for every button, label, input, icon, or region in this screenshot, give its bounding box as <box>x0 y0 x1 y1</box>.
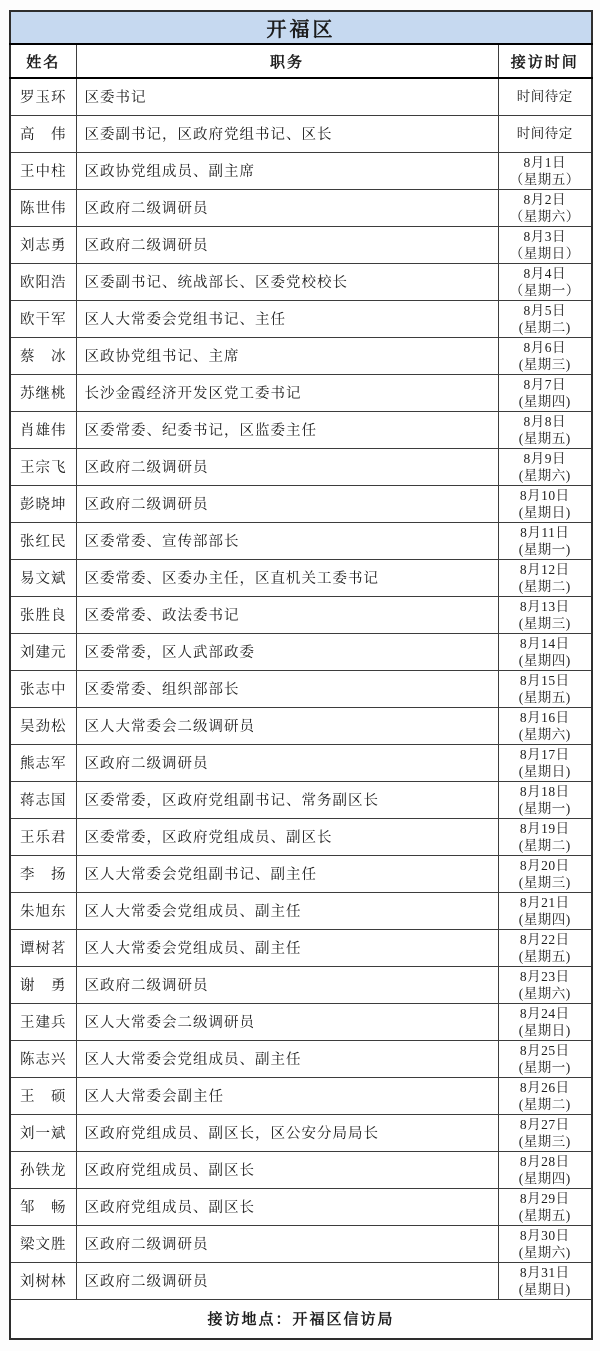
table-row: 李 扬区人大常委会党组副书记、副主任8月20日 (星期三) <box>10 855 592 892</box>
person-name: 肖雄伟 <box>10 411 76 448</box>
table-row: 王中柱区政协党组成员、副主席8月1日 （星期五） <box>10 152 592 189</box>
person-position: 区委常委，区政府党组成员、副区长 <box>76 818 498 855</box>
person-name: 梁文胜 <box>10 1225 76 1262</box>
reception-time: 8月27日 (星期三) <box>498 1114 592 1151</box>
person-position: 区委常委、政法委书记 <box>76 596 498 633</box>
table-row: 彭晓坤区政府二级调研员8月10日 (星期日) <box>10 485 592 522</box>
reception-time: 8月30日 (星期六) <box>498 1225 592 1262</box>
person-name: 朱旭东 <box>10 892 76 929</box>
reception-time: 8月6日 (星期三) <box>498 337 592 374</box>
column-header-position: 职务 <box>76 44 498 78</box>
person-position: 区政府二级调研员 <box>76 189 498 226</box>
person-position: 区政府党组成员、副区长 <box>76 1151 498 1188</box>
person-position: 区委副书记，区政府党组书记、区长 <box>76 115 498 152</box>
person-position: 区委书记 <box>76 78 498 115</box>
reception-time: 8月24日 (星期日) <box>498 1003 592 1040</box>
person-name: 张红民 <box>10 522 76 559</box>
person-name: 王中柱 <box>10 152 76 189</box>
person-position: 区政府二级调研员 <box>76 744 498 781</box>
table-row: 蔡 冰区政协党组书记、主席8月6日 (星期三) <box>10 337 592 374</box>
person-position: 区政府二级调研员 <box>76 966 498 1003</box>
duty-roster-table: 开福区 姓名 职务 接访时间 罗玉环区委书记时间待定高 伟区委副书记，区政府党组… <box>9 10 593 1340</box>
table-row: 朱旭东区人大常委会党组成员、副主任8月21日 (星期四) <box>10 892 592 929</box>
person-name: 王乐君 <box>10 818 76 855</box>
reception-time: 8月1日 （星期五） <box>498 152 592 189</box>
table-row: 吴劲松区人大常委会二级调研员8月16日 (星期六) <box>10 707 592 744</box>
person-name: 王建兵 <box>10 1003 76 1040</box>
district-title: 开福区 <box>10 11 592 44</box>
table-row: 苏继桃长沙金霞经济开发区党工委书记8月7日 (星期四) <box>10 374 592 411</box>
person-name: 刘树林 <box>10 1262 76 1299</box>
table-row: 刘志勇区政府二级调研员8月3日 （星期日） <box>10 226 592 263</box>
person-name: 陈志兴 <box>10 1040 76 1077</box>
reception-time: 8月3日 （星期日） <box>498 226 592 263</box>
person-position: 区政府二级调研员 <box>76 1262 498 1299</box>
person-name: 吴劲松 <box>10 707 76 744</box>
reception-time: 8月13日 (星期三) <box>498 596 592 633</box>
reception-time: 8月19日 (星期二) <box>498 818 592 855</box>
footer-row: 接访地点：开福区信访局 <box>10 1299 592 1339</box>
table-row: 高 伟区委副书记，区政府党组书记、区长时间待定 <box>10 115 592 152</box>
person-position: 区政协党组书记、主席 <box>76 337 498 374</box>
table-row: 谢 勇区政府二级调研员8月23日 (星期六) <box>10 966 592 1003</box>
table-row: 刘建元区委常委，区人武部政委8月14日 (星期四) <box>10 633 592 670</box>
reception-time: 8月26日 (星期二) <box>498 1077 592 1114</box>
table-row: 张胜良区委常委、政法委书记8月13日 (星期三) <box>10 596 592 633</box>
table-row: 肖雄伟区委常委、纪委书记，区监委主任8月8日 (星期五) <box>10 411 592 448</box>
person-position: 区人大常委会党组成员、副主任 <box>76 1040 498 1077</box>
reception-time: 8月11日 (星期一) <box>498 522 592 559</box>
table-row: 王宗飞区政府二级调研员8月9日 (星期六) <box>10 448 592 485</box>
table-row: 欧干军区人大常委会党组书记、主任8月5日 (星期二) <box>10 300 592 337</box>
reception-time: 8月16日 (星期六) <box>498 707 592 744</box>
person-position: 区政府党组成员、副区长 <box>76 1188 498 1225</box>
reception-time: 8月15日 (星期五) <box>498 670 592 707</box>
person-position: 区政府二级调研员 <box>76 485 498 522</box>
reception-time: 8月18日 (星期一) <box>498 781 592 818</box>
person-name: 邹 畅 <box>10 1188 76 1225</box>
person-position: 区政协党组成员、副主席 <box>76 152 498 189</box>
person-name: 张胜良 <box>10 596 76 633</box>
person-name: 苏继桃 <box>10 374 76 411</box>
person-name: 陈世伟 <box>10 189 76 226</box>
person-position: 区人大常委会党组书记、主任 <box>76 300 498 337</box>
person-name: 高 伟 <box>10 115 76 152</box>
table-row: 欧阳浩区委副书记、统战部长、区委党校校长8月4日 （星期一） <box>10 263 592 300</box>
person-position: 区委常委、宣传部部长 <box>76 522 498 559</box>
person-name: 蒋志国 <box>10 781 76 818</box>
reception-time: 时间待定 <box>498 78 592 115</box>
person-position: 区委常委，区人武部政委 <box>76 633 498 670</box>
reception-time: 8月14日 (星期四) <box>498 633 592 670</box>
person-position: 区委常委，区政府党组副书记、常务副区长 <box>76 781 498 818</box>
reception-time: 8月29日 (星期五) <box>498 1188 592 1225</box>
reception-time: 8月10日 (星期日) <box>498 485 592 522</box>
reception-time: 8月17日 (星期日) <box>498 744 592 781</box>
reception-time: 8月20日 (星期三) <box>498 855 592 892</box>
person-position: 区人大常委会党组成员、副主任 <box>76 929 498 966</box>
column-header-name: 姓名 <box>10 44 76 78</box>
roster-rows: 罗玉环区委书记时间待定高 伟区委副书记，区政府党组书记、区长时间待定王中柱区政协… <box>10 78 592 1299</box>
person-position: 区委常委、组织部部长 <box>76 670 498 707</box>
table-row: 刘树林区政府二级调研员8月31日 (星期日) <box>10 1262 592 1299</box>
person-name: 孙铁龙 <box>10 1151 76 1188</box>
person-position: 区政府二级调研员 <box>76 1225 498 1262</box>
table-row: 罗玉环区委书记时间待定 <box>10 78 592 115</box>
person-name: 欧阳浩 <box>10 263 76 300</box>
person-name: 刘建元 <box>10 633 76 670</box>
person-name: 易文斌 <box>10 559 76 596</box>
table-row: 易文斌区委常委、区委办主任，区直机关工委书记8月12日 (星期二) <box>10 559 592 596</box>
person-name: 刘一斌 <box>10 1114 76 1151</box>
reception-time: 8月8日 (星期五) <box>498 411 592 448</box>
table-row: 孙铁龙区政府党组成员、副区长8月28日 (星期四) <box>10 1151 592 1188</box>
person-position: 区人大常委会二级调研员 <box>76 1003 498 1040</box>
reception-time: 8月12日 (星期二) <box>498 559 592 596</box>
person-name: 谭树茗 <box>10 929 76 966</box>
person-name: 欧干军 <box>10 300 76 337</box>
reception-location: 接访地点：开福区信访局 <box>10 1299 592 1339</box>
reception-time: 8月7日 (星期四) <box>498 374 592 411</box>
person-name: 蔡 冰 <box>10 337 76 374</box>
title-row: 开福区 <box>10 11 592 44</box>
person-position: 区政府二级调研员 <box>76 448 498 485</box>
column-header-time: 接访时间 <box>498 44 592 78</box>
reception-time: 8月31日 (星期日) <box>498 1262 592 1299</box>
person-name: 彭晓坤 <box>10 485 76 522</box>
reception-time: 8月25日 (星期一) <box>498 1040 592 1077</box>
person-name: 王 硕 <box>10 1077 76 1114</box>
reception-time: 8月5日 (星期二) <box>498 300 592 337</box>
person-position: 区人大常委会党组成员、副主任 <box>76 892 498 929</box>
reception-time: 8月4日 （星期一） <box>498 263 592 300</box>
person-position: 区政府二级调研员 <box>76 226 498 263</box>
person-name: 李 扬 <box>10 855 76 892</box>
table-row: 陈世伟区政府二级调研员8月2日 （星期六） <box>10 189 592 226</box>
table-row: 王乐君区委常委，区政府党组成员、副区长8月19日 (星期二) <box>10 818 592 855</box>
reception-time: 8月2日 （星期六） <box>498 189 592 226</box>
table-row: 王 硕区人大常委会副主任8月26日 (星期二) <box>10 1077 592 1114</box>
person-position: 区委副书记、统战部长、区委党校校长 <box>76 263 498 300</box>
person-position: 区人大常委会党组副书记、副主任 <box>76 855 498 892</box>
reception-time: 8月23日 (星期六) <box>498 966 592 1003</box>
person-name: 王宗飞 <box>10 448 76 485</box>
table-row: 王建兵区人大常委会二级调研员8月24日 (星期日) <box>10 1003 592 1040</box>
person-position: 区委常委、区委办主任，区直机关工委书记 <box>76 559 498 596</box>
table-row: 蒋志国区委常委，区政府党组副书记、常务副区长8月18日 (星期一) <box>10 781 592 818</box>
person-position: 区政府党组成员、副区长，区公安分局局长 <box>76 1114 498 1151</box>
column-header-row: 姓名 职务 接访时间 <box>10 44 592 78</box>
person-name: 刘志勇 <box>10 226 76 263</box>
person-name: 谢 勇 <box>10 966 76 1003</box>
table-row: 谭树茗区人大常委会党组成员、副主任8月22日 (星期五) <box>10 929 592 966</box>
table-row: 张志中区委常委、组织部部长8月15日 (星期五) <box>10 670 592 707</box>
person-position: 区人大常委会副主任 <box>76 1077 498 1114</box>
person-position: 长沙金霞经济开发区党工委书记 <box>76 374 498 411</box>
person-name: 罗玉环 <box>10 78 76 115</box>
reception-time: 8月28日 (星期四) <box>498 1151 592 1188</box>
table-row: 邹 畅区政府党组成员、副区长8月29日 (星期五) <box>10 1188 592 1225</box>
table-row: 熊志军区政府二级调研员8月17日 (星期日) <box>10 744 592 781</box>
document-page: 开福区 姓名 职务 接访时间 罗玉环区委书记时间待定高 伟区委副书记，区政府党组… <box>0 0 600 1351</box>
reception-time: 8月9日 (星期六) <box>498 448 592 485</box>
person-position: 区人大常委会二级调研员 <box>76 707 498 744</box>
table-row: 梁文胜区政府二级调研员8月30日 (星期六) <box>10 1225 592 1262</box>
person-name: 张志中 <box>10 670 76 707</box>
table-row: 张红民区委常委、宣传部部长8月11日 (星期一) <box>10 522 592 559</box>
person-name: 熊志军 <box>10 744 76 781</box>
reception-time: 8月22日 (星期五) <box>498 929 592 966</box>
reception-time: 时间待定 <box>498 115 592 152</box>
table-row: 刘一斌区政府党组成员、副区长，区公安分局局长8月27日 (星期三) <box>10 1114 592 1151</box>
person-position: 区委常委、纪委书记，区监委主任 <box>76 411 498 448</box>
reception-time: 8月21日 (星期四) <box>498 892 592 929</box>
table-row: 陈志兴区人大常委会党组成员、副主任8月25日 (星期一) <box>10 1040 592 1077</box>
